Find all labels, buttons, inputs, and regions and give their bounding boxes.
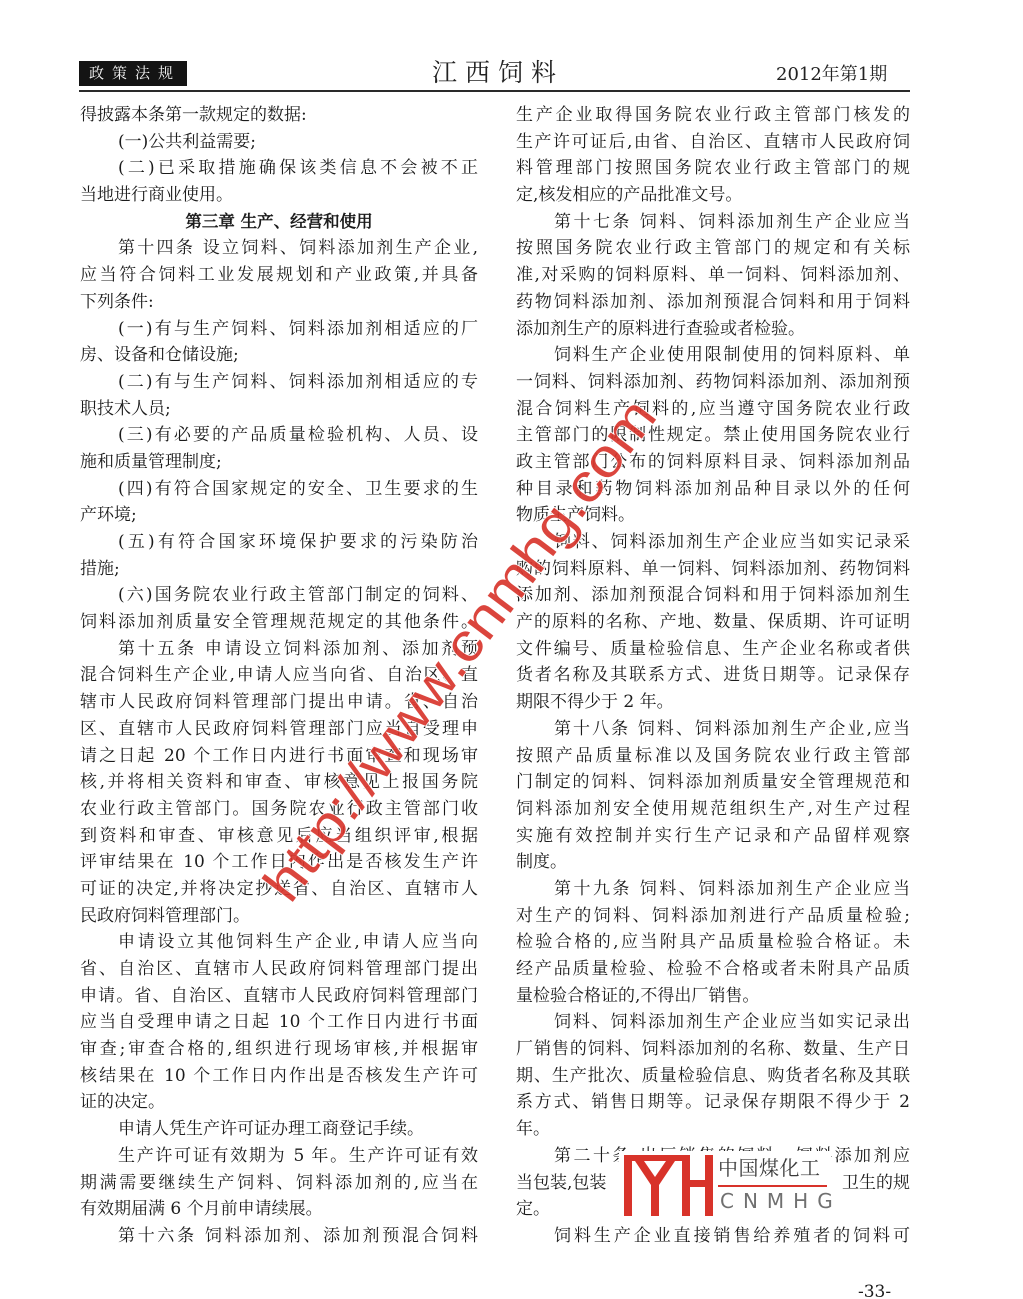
logo-chinese-text: 中国煤化工: [718, 1157, 821, 1179]
text-line: 按照国务院农业行政主管部门的规定和有关标: [516, 235, 910, 262]
text-line: 第十九条 饲料、饲料添加剂生产企业应当: [516, 876, 910, 903]
text-line: 实施有效控制并实行生产记录和产品留样观察: [516, 823, 910, 850]
text-line: 饲料生产企业使用限制使用的饲料原料、单: [516, 342, 910, 369]
text-line: 评审结果在 10 个工作日内作出是否核发生产许: [80, 849, 478, 876]
text-line: 有效期届满 6 个月前申请续展。: [80, 1196, 478, 1223]
text-line: 饲料添加剂质量安全管理规范规定的其他条件。: [80, 609, 478, 636]
logo-english-text: CNMHG: [720, 1190, 842, 1212]
text-line: 生产企业取得国务院农业行政主管部门核发的: [516, 102, 910, 129]
text-line: 货者名称及其联系方式、进货日期等。记录保存: [516, 662, 910, 689]
text-line: 第十八条 饲料、饲料添加剂生产企业,应当: [516, 716, 910, 743]
text-line: 第十七条 饲料、饲料添加剂生产企业应当: [516, 209, 910, 236]
text-line: 一饲料、饲料添加剂、药物饲料添加剂、添加剂预: [516, 369, 910, 396]
text-line: 当地进行商业使用。: [80, 182, 478, 209]
text-line: 药物饲料添加剂、添加剂预混合饲料和用于饲料: [516, 289, 910, 316]
text-line: 饲料、饲料添加剂生产企业应当如实记录采: [516, 529, 910, 556]
mh-monogram-icon: [619, 1147, 715, 1223]
text-line: 农业行政主管部门。国务院农业行政主管部门收: [80, 796, 478, 823]
text-line: 第十四条 设立饲料、饲料添加剂生产企业,: [80, 235, 478, 262]
text-line: (二)已采取措施确保该类信息不会被不正: [80, 155, 478, 182]
text-line: 购的饲料原料、单一饲料、饲料添加剂、药物饲料: [516, 556, 910, 583]
issue-number: 2012年第1期: [776, 64, 887, 86]
text-line: (三)有必要的产品质量检验机构、人员、设: [80, 422, 478, 449]
chapter-heading: 第三章 生产、经营和使用: [80, 209, 478, 236]
text-line: (一)公共利益需要;: [80, 129, 478, 156]
text-line: 申请。省、自治区、直辖市人民政府饲料管理部门: [80, 983, 478, 1010]
text-line: 措施;: [80, 556, 478, 583]
page-number: -33-: [858, 1282, 891, 1299]
journal-title: 江西饲料: [432, 58, 564, 88]
text-line: 申请设立其他饲料生产企业,申请人应当向: [80, 929, 478, 956]
text-line: 产环境;: [80, 502, 478, 529]
text-line: 审查;审查合格的,组织进行现场审核,并根据审: [80, 1036, 478, 1063]
text-line: 添加剂生产的原料进行查验或者检验。: [516, 316, 910, 343]
text-line: 按照产品质量标准以及国务院农业行政主管部: [516, 743, 910, 770]
text-line: 第十五条 申请设立饲料添加剂、添加剂预: [80, 636, 478, 663]
text-line: 第十六条 饲料添加剂、添加剂预混合饲料: [80, 1223, 478, 1250]
text-line: 对生产的饲料、饲料添加剂进行产品质量检验;: [516, 903, 910, 930]
text-line: 主管部门的限制性规定。禁止使用国务院农业行: [516, 422, 910, 449]
text-line: (四)有符合国家规定的安全、卫生要求的生: [80, 476, 478, 503]
text-line: 厂销售的饲料、饲料添加剂的名称、数量、生产日: [516, 1036, 910, 1063]
text-line: 房、设备和仓储设施;: [80, 342, 478, 369]
text-line: (二)有与生产饲料、饲料添加剂相适应的专: [80, 369, 478, 396]
right-column: 生产企业取得国务院农业行政主管部门核发的 生产许可证后,由省、自治区、直辖市人民…: [516, 102, 910, 1250]
text-line: 应当自受理申请之日起 10 个工作日内进行书面: [80, 1009, 478, 1036]
text-line: 经产品质量检验、检验不合格或者未附具产品质: [516, 956, 910, 983]
text-line: 生产许可证后,由省、自治区、直辖市人民政府饲: [516, 129, 910, 156]
text-line: 种目录和药物饲料添加剂品种目录以外的任何: [516, 476, 910, 503]
text-line: 准,对采购的饲料原料、单一饲料、饲料添加剂、: [516, 262, 910, 289]
text-line: 民政府饲料管理部门。: [80, 903, 478, 930]
text-line: 省、自治区、直辖市人民政府饲料管理部门提出: [80, 956, 478, 983]
section-label: 政策法规: [79, 61, 187, 86]
header-rule: [79, 90, 910, 92]
text-line: 可证的决定,并将决定抄送省、自治区、直辖市人: [80, 876, 478, 903]
text-line: 饲料添加剂安全使用规范组织生产,对生产过程: [516, 796, 910, 823]
text-line: 职技术人员;: [80, 396, 478, 423]
text-line: (一)有与生产饲料、饲料添加剂相适应的厂: [80, 316, 478, 343]
text-line: 到资料和审查、审核意见后应当组织评审,根据: [80, 823, 478, 850]
text-line: 区、直辖市人民政府饲料管理部门应当自受理申: [80, 716, 478, 743]
text-line: 产的原料的名称、产地、数量、保质期、许可证明: [516, 609, 910, 636]
text-line: 请之日起 20 个工作日内进行书面审查和现场审: [80, 743, 478, 770]
text-line: 制度。: [516, 849, 910, 876]
text-line: 期满需要继续生产饲料、饲料添加剂的,应当在: [80, 1170, 478, 1197]
text-line: 文件编号、质量检验信息、生产企业名称或者供: [516, 636, 910, 663]
text-line: 期、生产批次、质量检验信息、购货者名称及其联: [516, 1063, 910, 1090]
text-line: 证的决定。: [80, 1089, 478, 1116]
text-line: 料管理部门按照国务院农业行政主管部门的规: [516, 155, 910, 182]
text-line: 混合饲料生产企业,申请人应当向省、自治区、直: [80, 662, 478, 689]
left-column: 得披露本条第一款规定的数据: (一)公共利益需要; (二)已采取措施确保该类信息…: [80, 102, 478, 1250]
text-line: 量检验合格证的,不得出厂销售。: [516, 983, 910, 1010]
text-line: 申请人凭生产许可证办理工商登记手续。: [80, 1116, 478, 1143]
text-line: 核,并将相关资料和审查、审核意见上报国务院: [80, 769, 478, 796]
text-line: 期限不得少于 2 年。: [516, 689, 910, 716]
logo-divider: [718, 1185, 827, 1187]
text-line: 应当符合饲料工业发展规划和产业政策,并具备: [80, 262, 478, 289]
text-line: 饲料生产企业直接销售给养殖者的饲料可: [516, 1223, 910, 1250]
text-line: 得披露本条第一款规定的数据:: [80, 102, 478, 129]
text-line: 物质生产饲料。: [516, 502, 910, 529]
text-fragment-left: 当包装,包装: [516, 1170, 606, 1197]
text-line: 门制定的饲料、饲料添加剂质量安全管理规范和: [516, 769, 910, 796]
text-line: 系方式、销售日期等。记录保存期限不得少于 2: [516, 1089, 910, 1116]
text-line: 混合饲料生产饲料的,应当遵守国务院农业行政: [516, 396, 910, 423]
text-line: 定,核发相应的产品批准文号。: [516, 182, 910, 209]
text-line: 生产许可证有效期为 5 年。生产许可证有效: [80, 1143, 478, 1170]
text-line: 检验合格的,应当附具产品质量检验合格证。未: [516, 929, 910, 956]
cnmhg-logo: 中国煤化工 CNMHG: [619, 1151, 831, 1219]
text-line: 饲料、饲料添加剂生产企业应当如实记录出: [516, 1009, 910, 1036]
text-line: 施和质量管理制度;: [80, 449, 478, 476]
text-line: 添加剂、添加剂预混合饲料和用于饲料添加剂生: [516, 582, 910, 609]
text-line: (六)国务院农业行政主管部门制定的饲料、: [80, 582, 478, 609]
text-line: 核结果在 10 个工作日内作出是否核发生产许可: [80, 1063, 478, 1090]
text-line: (五)有符合国家环境保护要求的污染防治: [80, 529, 478, 556]
text-line: 政主管部门公布的饲料原料目录、饲料添加剂品: [516, 449, 910, 476]
text-line: 年。: [516, 1116, 910, 1143]
text-line: 下列条件:: [80, 289, 478, 316]
text-line: 辖市人民政府饲料管理部门提出申请。省、自治: [80, 689, 478, 716]
